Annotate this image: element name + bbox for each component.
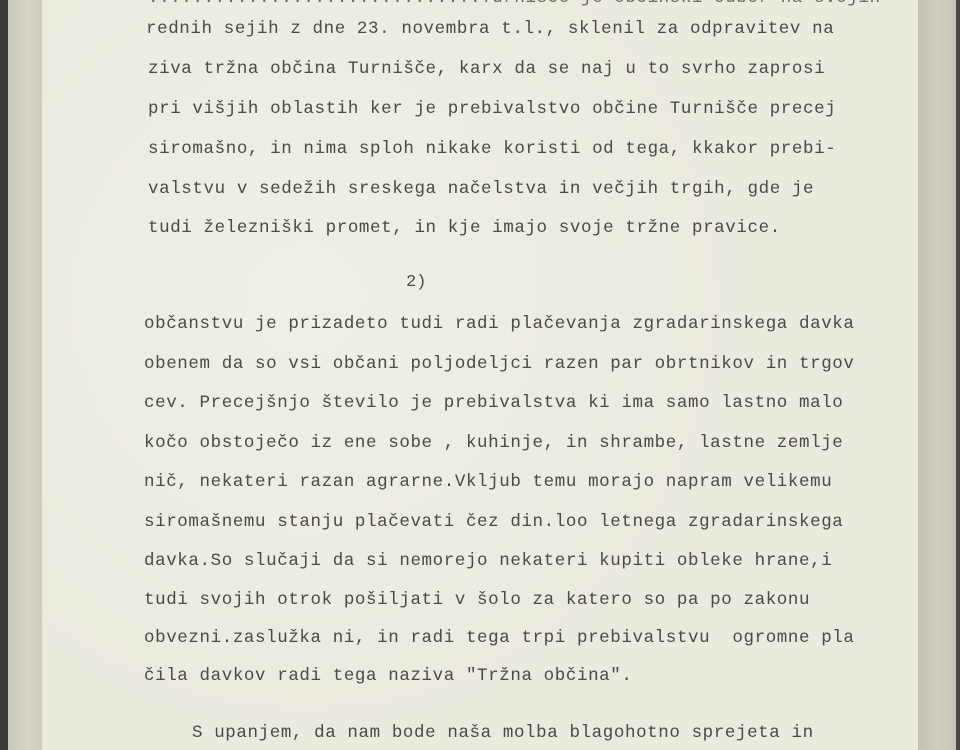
text-line: čila davkov radi tega naziva "Tržna obči… — [144, 666, 632, 686]
text-line: rednih sejih z dne 23. novembra t.l., sk… — [146, 19, 834, 39]
text-line: obvezni.zaslužka ni, in radi tega trpi p… — [144, 628, 855, 648]
text-line: ziva tržna občina Turnišče, karx da se n… — [148, 59, 825, 79]
scan-border-left — [8, 0, 42, 750]
text-line: občanstvu je prizadeto tudi radi plačeva… — [144, 314, 855, 334]
scan-edge-left-dark — [0, 0, 8, 750]
section-number: 2) — [406, 273, 426, 292]
text-line: siromašnemu stanju plačevati čez din.loo… — [144, 512, 843, 532]
text-line: obenem da so vsi občani poljodeljci raze… — [144, 354, 855, 374]
text-line: cev. Precejšnjo število je prebivalstva … — [144, 393, 843, 413]
text-line: nič, nekateri razan agrarne.Vkljub temu … — [144, 472, 832, 492]
text-line: kočo obstoječo iz ene sobe , kuhinje, in… — [144, 433, 843, 453]
text-line: pri višjih oblastih ker je prebivalstvo … — [148, 99, 836, 119]
text-line: siromašno, in nima sploh nikake koristi … — [148, 139, 836, 159]
text-line: tudi železniški promet, in kje imajo svo… — [148, 218, 781, 238]
document-page: ..............................Turnišče j… — [42, 0, 918, 750]
text-line: valstvu v sedežih sreskega načelstva in … — [148, 179, 814, 199]
scan-edge-right-dark — [956, 0, 960, 750]
closing-line: S upanjem, da nam bode naša molba blagoh… — [192, 723, 814, 743]
partial-top-line: ..............................Turnišče j… — [148, 0, 881, 8]
text-line: tudi svojih otrok pošiljati v šolo za ka… — [144, 590, 810, 610]
text-line: davka.So slučaji da si nemorejo nekateri… — [144, 551, 832, 571]
scan-border-right — [918, 0, 956, 750]
